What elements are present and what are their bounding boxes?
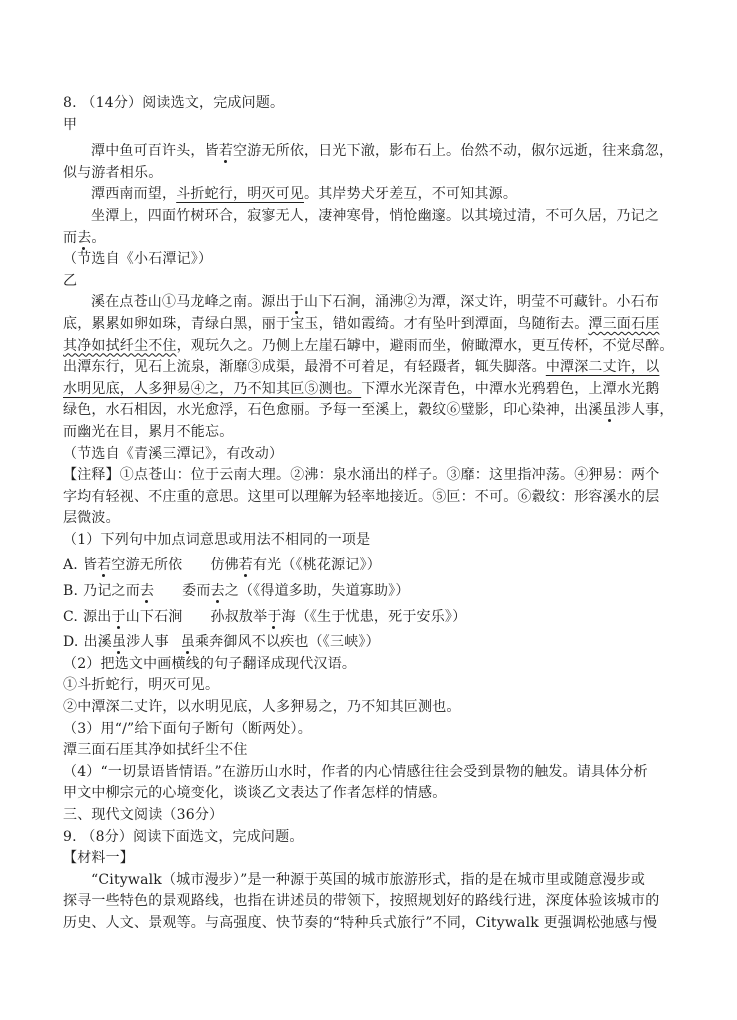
text-segment: 源出 <box>83 609 111 625</box>
notes-line-1: 【注释】①点苍山：位于云南大理。②沸：泉水涌出的样子。③靡：这里指冲荡。④狎易：… <box>63 465 677 487</box>
text-segment: 委而 <box>182 583 210 599</box>
dotted-char: 若 <box>239 557 253 573</box>
text-segment: 山下石涧 <box>126 609 183 625</box>
material-1-line-2: 探寻一些特色的景观路线，也指在讲述员的带领下，按照规划好的路线行进，深度体验该城… <box>63 891 677 913</box>
passage-yi-line-6: 绿色，水石相因，水光愈浮，石色愈丽。予每一至溪上，縠纹⑥璧影，印心染神，出溪虽涉… <box>63 400 677 422</box>
text-segment: 山下石涧，涌沸②为潭，深丈许，明莹不可藏针。小石布 <box>304 294 659 310</box>
passage-yi-line-4: 出潭东行，见石上流泉，渐靡③成渠，最滑不可着足，有轻蹑者，辄失脚落。中潭深二丈许… <box>63 357 677 379</box>
dotted-char: 去 <box>211 583 225 599</box>
passage-yi-line-3: 其净如拭纤尘不住，观玩久之。乃侧上左崖石罅中，避雨而坐，俯瞰潭水，更互传杯，不觉… <box>63 336 677 358</box>
text-segment: 而 <box>63 230 77 246</box>
question-8-header: 8. （14分）阅读选文，完成问题。 <box>63 93 677 115</box>
dotted-char: 若 <box>97 557 111 573</box>
text-segment: ，观玩久之。乃侧上左崖石罅中，避雨而坐，俯瞰潭水，更互传杯，不觉尽醉。 <box>177 338 674 354</box>
dotted-char: 虽 <box>603 402 617 418</box>
underlined-text: 水明见底，人多狎易④之，乃不知其叵⑤测也。 <box>63 381 361 397</box>
text-segment: 之（《得道多助，失道寡助》） <box>225 583 410 599</box>
question-2-sentence-2: ②中潭深二丈许，以水明见底，人多狎易之，乃不知其叵测也。 <box>63 697 677 719</box>
passage-yi-source: （节选自《青溪三潭记》，有改动） <box>63 444 677 466</box>
material-1-label: 【材料一】 <box>63 848 677 870</box>
dotted-char: 于 <box>267 609 281 625</box>
text-segment: 乃记之而 <box>83 583 140 599</box>
text-segment: 溪在点苍山①马龙峰之南。源出 <box>91 294 290 310</box>
text-segment: 出潭东行，见石上流泉，渐靡③成渠，最滑不可着足，有轻蹑者，辄失脚落。 <box>63 359 546 375</box>
material-1-line-3: 历史、人文、景观等。与高强度、快节奏的“特种兵式旅行”不同，Citywalk 更… <box>63 913 677 935</box>
dotted-char: 虽 <box>181 634 195 650</box>
text-segment: 海（《生于忧患，死于安乐》） <box>282 609 467 625</box>
text-segment: 空游无所依，日光下澈，影布石上。佁然不动，俶尔远逝，往来翕忽， <box>233 143 673 159</box>
text-segment: 潭西南而望， <box>91 186 176 202</box>
dotted-char: 去 <box>140 583 154 599</box>
question-1-option-b: B.乃记之而去委而去之（《得道多助，失道寡助》） <box>63 581 677 603</box>
question-1-option-c: C.源出于山下石涧孙叔敖举于海（《生于忧患，死于安乐》） <box>63 607 677 629</box>
option-label: B. <box>63 583 78 599</box>
passage-yi-line-5: 水明见底，人多狎易④之，乃不知其叵⑤测也。下潭水光深青色，中潭水光鸦碧色，上潭水… <box>63 379 677 401</box>
text-segment: 皆 <box>83 557 97 573</box>
text-segment: 孙叔敖举 <box>211 609 268 625</box>
passage-jia-source: （节选自《小石潭记》） <box>63 249 677 271</box>
question-9-header: 9. （8分）阅读下面选文，完成问题。 <box>63 827 677 849</box>
passage-yi-line-1: 溪在点苍山①马龙峰之南。源出于山下石涧，涌沸②为潭，深丈许，明莹不可藏针。小石布 <box>63 292 677 314</box>
dotted-char: 于 <box>290 294 304 310</box>
text-segment: 乘奔御风不以疾也（《三峡》） <box>195 634 380 650</box>
passage-jia-line-2: 似与游者相乐。 <box>63 163 677 185</box>
option-label: A. <box>63 557 78 573</box>
wavy-underlined-text: 潭三面石厓 <box>588 316 659 332</box>
passage-yi-line-2: 底，累累如卵如珠，青绿白黑，丽于宝玉，错如霞绮。才有坠叶到潭面，鸟随衔去。潭三面… <box>63 314 677 336</box>
question-4-line-1: （4）“一切景语皆情语。”在游历山水时，作者的内心情感往往会受到景物的触发。请具… <box>63 762 677 784</box>
question-1-stem: （1）下列句中加点词意思或用法不相同的一项是 <box>63 530 677 552</box>
question-4-line-2: 甲文中柳宗元的心境变化，谈谈乙文表达了作者怎样的情感。 <box>63 783 677 805</box>
dotted-char: 去 <box>77 230 91 246</box>
passage-jia-line-4: 坐潭上，四面竹树环合，寂寥无人，凄神寒骨，悄怆幽邃。以其境过清，不可久居，乃记之 <box>63 206 677 228</box>
option-label: D. <box>63 634 79 650</box>
dotted-char: 于 <box>111 609 125 625</box>
dotted-char: 若 <box>219 143 233 159</box>
text-segment: 涉人事， <box>617 402 674 418</box>
underlined-text: 中潭深二丈许，以 <box>546 359 660 375</box>
text-segment: 仿佛 <box>210 557 238 573</box>
option-label: C. <box>63 609 78 625</box>
underlined-text: 斗折蛇行，明灭可见 <box>176 186 304 202</box>
text-segment: 底，累累如卵如珠，青绿白黑，丽于宝玉，错如霞绮。才有坠叶到潭面，鸟随衔去。 <box>63 316 588 332</box>
text-segment: 下潭水光深青色，中潭水光鸦碧色，上潭水光鹅 <box>361 381 659 397</box>
text-segment: 潭中鱼可百许头，皆 <box>91 143 219 159</box>
notes-line-2: 字均有轻视、不庄重的意思。这里可以理解为轻率地接近。⑤叵：不可。⑥縠纹：形容溪水… <box>63 487 677 509</box>
notes-line-3: 层微波。 <box>63 508 677 530</box>
passage-yi-line-7: 而幽光在目，累月不能忘。 <box>63 422 677 444</box>
text-segment: 出溪 <box>84 634 112 650</box>
passage-jia-label: 甲 <box>63 115 677 137</box>
text-segment: 。 <box>91 230 105 246</box>
question-2-sentence-1: ①斗折蛇行，明灭可见。 <box>63 675 677 697</box>
text-segment: 。其岸势犬牙差互，不可知其源。 <box>304 186 517 202</box>
passage-jia-line-5: 而去。 <box>63 228 677 250</box>
question-3-stem: （3）用“/”给下面句子断句（断两处）。 <box>63 719 677 741</box>
material-1-line-1: “Citywalk（城市漫步）”是一种源于英国的城市旅游形式，指的是在城市里或随… <box>63 870 677 892</box>
section-3-title: 三、现代文阅读（36分） <box>63 805 677 827</box>
text-segment: 涉人事 <box>126 634 169 650</box>
text-segment: 绿色，水石相因，水光愈浮，石色愈丽。予每一至溪上，縠纹⑥璧影，印心染神，出溪 <box>63 402 603 418</box>
question-1-option-d: D.出溪虽涉人事虽乘奔御风不以疾也（《三峡》） <box>63 632 677 654</box>
question-2-stem: （2）把选文中画横线的句子翻译成现代汉语。 <box>63 654 677 676</box>
passage-jia-line-3: 潭西南而望，斗折蛇行，明灭可见。其岸势犬牙差互，不可知其源。 <box>63 184 677 206</box>
wavy-underlined-text: 其净如拭纤尘不住 <box>63 338 177 354</box>
question-3-sentence: 潭三面石厓其净如拭纤尘不住 <box>63 740 677 762</box>
exam-page: 8. （14分）阅读选文，完成问题。 甲 潭中鱼可百许头，皆若空游无所依，日光下… <box>63 93 677 935</box>
text-segment: 空游无所依 <box>111 557 182 573</box>
dotted-char: 虽 <box>112 634 126 650</box>
text-segment: 有光（《桃花源记》） <box>253 557 381 573</box>
passage-jia-line-1: 潭中鱼可百许头，皆若空游无所依，日光下澈，影布石上。佁然不动，俶尔远逝，往来翕忽… <box>63 141 677 163</box>
passage-yi-label: 乙 <box>63 271 677 293</box>
question-1-option-a: A.皆若空游无所依仿佛若有光（《桃花源记》） <box>63 555 677 577</box>
